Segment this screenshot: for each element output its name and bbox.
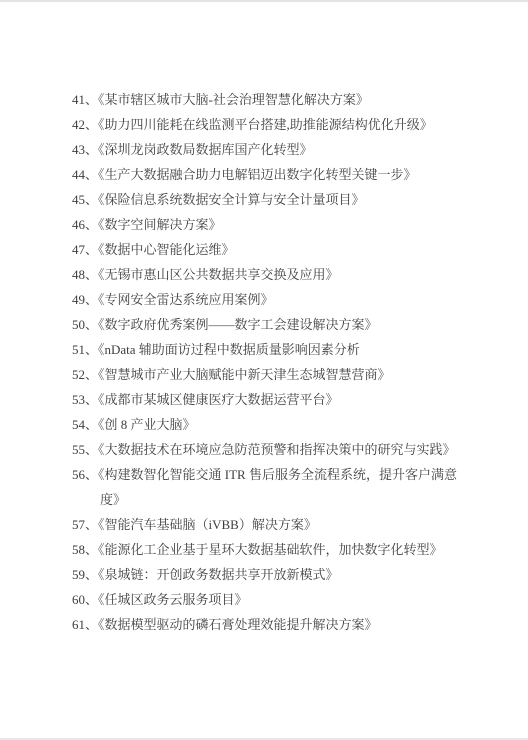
list-item: 61、《数据模型驱动的磷石膏处理效能提升解决方案》 bbox=[72, 612, 472, 637]
list-item: 60、《任城区政务云服务项目》 bbox=[72, 587, 472, 612]
list-item: 44、《生产大数据融合助力电解铝迈出数字化转型关键一步》 bbox=[72, 162, 472, 187]
list-item: 49、《专网安全雷达系统应用案例》 bbox=[72, 287, 472, 312]
list-item: 48、《无锡市惠山区公共数据共享交换及应用》 bbox=[72, 262, 472, 287]
list-item: 47、《数据中心智能化运维》 bbox=[72, 237, 472, 262]
list-item: 56、《构建数智化智能交通 ITR 售后服务全流程系统，提升客户满意度》 bbox=[72, 462, 472, 512]
item-title: 《生产大数据融合助力电解铝迈出数字化转型关键一步》 bbox=[98, 167, 417, 182]
item-title: 《数据中心智能化运维》 bbox=[98, 242, 235, 257]
list-item: 52、《智慧城市产业大脑赋能中新天津生态城智慧营商》 bbox=[72, 362, 472, 387]
item-title: 《助力四川能耗在线监测平台搭建,助推能源结构优化升级》 bbox=[98, 117, 433, 132]
item-title: 《某市辖区城市大脑-社会治理智慧化解决方案》 bbox=[98, 92, 369, 107]
item-number: 51、 bbox=[72, 342, 98, 357]
item-number: 43、 bbox=[72, 142, 98, 157]
list-item: 50、《数字政府优秀案例——数字工会建设解决方案》 bbox=[72, 312, 472, 337]
item-number: 50、 bbox=[72, 317, 98, 332]
item-title: 《专网安全雷达系统应用案例》 bbox=[98, 292, 274, 307]
item-number: 60、 bbox=[72, 592, 98, 607]
item-number: 46、 bbox=[72, 217, 98, 232]
item-number: 41、 bbox=[72, 92, 98, 107]
item-number: 53、 bbox=[72, 392, 98, 407]
item-number: 49、 bbox=[72, 292, 98, 307]
item-number: 57、 bbox=[72, 517, 98, 532]
list-item: 59、《泉城链：开创政务数据共享开放新模式》 bbox=[72, 562, 472, 587]
list-item: 42、《助力四川能耗在线监测平台搭建,助推能源结构优化升级》 bbox=[72, 112, 472, 137]
list-item: 45、《保险信息系统数据安全计算与安全计量项目》 bbox=[72, 187, 472, 212]
item-title: 《智能汽车基础脑（iVBB）解决方案》 bbox=[98, 517, 317, 532]
item-title: 《泉城链：开创政务数据共享开放新模式》 bbox=[98, 567, 339, 582]
list-item: 41、《某市辖区城市大脑-社会治理智慧化解决方案》 bbox=[72, 87, 472, 112]
item-number: 52、 bbox=[72, 367, 98, 382]
item-number: 47、 bbox=[72, 242, 98, 257]
list-item: 57、《智能汽车基础脑（iVBB）解决方案》 bbox=[72, 512, 472, 537]
item-number: 56、 bbox=[72, 467, 98, 482]
item-title: 《数据模型驱动的磷石膏处理效能提升解决方案》 bbox=[98, 617, 378, 632]
list-item: 51、《nData 辅助面访过程中数据质量影响因素分析 bbox=[72, 337, 472, 362]
item-number: 44、 bbox=[72, 167, 98, 182]
item-number: 45、 bbox=[72, 192, 98, 207]
item-title: 《构建数智化智能交通 ITR 售后服务全流程系统，提升客户满意度》 bbox=[98, 467, 457, 507]
list-item: 43、《深圳龙岗政数局数据库国产化转型》 bbox=[72, 137, 472, 162]
item-title: 《数字空间解决方案》 bbox=[98, 217, 222, 232]
item-title: 《智慧城市产业大脑赋能中新天津生态城智慧营商》 bbox=[98, 367, 391, 382]
item-title: 《创 8 产业大脑》 bbox=[98, 417, 196, 432]
item-number: 55、 bbox=[72, 442, 98, 457]
list-item: 46、《数字空间解决方案》 bbox=[72, 212, 472, 237]
item-title: 《能源化工企业基于星环大数据基础软件，加快数字化转型》 bbox=[98, 542, 443, 557]
case-list: 41、《某市辖区城市大脑-社会治理智慧化解决方案》42、《助力四川能耗在线监测平… bbox=[72, 87, 472, 637]
item-number: 54、 bbox=[72, 417, 98, 432]
list-item: 54、《创 8 产业大脑》 bbox=[72, 412, 472, 437]
item-number: 42、 bbox=[72, 117, 98, 132]
page-top-divider bbox=[0, 0, 528, 2]
item-title: 《深圳龙岗政数局数据库国产化转型》 bbox=[98, 142, 313, 157]
item-title: 《保险信息系统数据安全计算与安全计量项目》 bbox=[98, 192, 365, 207]
list-item: 58、《能源化工企业基于星环大数据基础软件，加快数字化转型》 bbox=[72, 537, 472, 562]
item-number: 59、 bbox=[72, 567, 98, 582]
item-number: 61、 bbox=[72, 617, 98, 632]
item-title: 《成都市某城区健康医疗大数据运营平台》 bbox=[98, 392, 339, 407]
list-item: 55、《大数据技术在环境应急防范预警和指挥决策中的研究与实践》 bbox=[72, 437, 472, 462]
item-title: 《无锡市惠山区公共数据共享交换及应用》 bbox=[98, 267, 339, 282]
item-title: 《nData 辅助面访过程中数据质量影响因素分析 bbox=[98, 342, 360, 357]
item-title: 《任城区政务云服务项目》 bbox=[98, 592, 248, 607]
document-page: 41、《某市辖区城市大脑-社会治理智慧化解决方案》42、《助力四川能耗在线监测平… bbox=[0, 0, 528, 740]
item-number: 58、 bbox=[72, 542, 98, 557]
item-title: 《大数据技术在环境应急防范预警和指挥决策中的研究与实践》 bbox=[98, 442, 456, 457]
list-item: 53、《成都市某城区健康医疗大数据运营平台》 bbox=[72, 387, 472, 412]
item-number: 48、 bbox=[72, 267, 98, 282]
item-title: 《数字政府优秀案例——数字工会建设解决方案》 bbox=[98, 317, 378, 332]
